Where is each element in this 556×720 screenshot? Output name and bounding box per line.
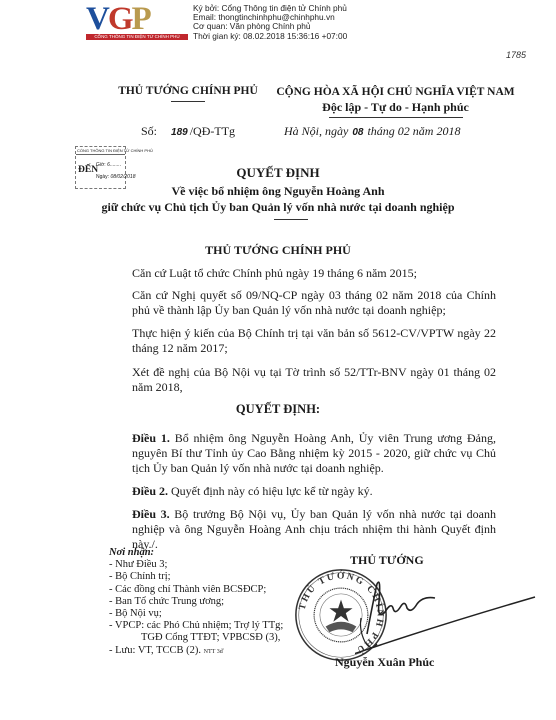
recipient-item: - Các đồng chí Thành viên BCSĐCP;: [109, 584, 283, 596]
national-motto: Độc lập - Tự do - Hạnh phúc: [268, 100, 523, 115]
signing-time: Thời gian ký: 08.02.2018 15:36:16 +07:00: [193, 32, 347, 41]
digital-signature-info: Ký bởi: Cổng Thông tin điện tử Chính phủ…: [193, 4, 347, 41]
recipient-item: - VPCP: các Phó Chủ nhiệm; Trợ lý TTg;: [109, 620, 283, 632]
article-label: Điều 1.: [132, 431, 170, 445]
recipients-list: Nơi nhận: - Như Điều 3; - Bộ Chính trị; …: [109, 547, 283, 658]
divider: [274, 219, 308, 220]
date-place: Hà Nội,: [284, 124, 322, 138]
number-label: Số:: [141, 124, 157, 138]
archive-text: - Lưu: VT, TCCB (2).: [109, 645, 201, 656]
document-subject-line-1: Về việc bổ nhiệm ông Nguyễn Hoàng Anh: [0, 184, 556, 199]
article-text: Quyết định này có hiệu lực kể từ ngày ký…: [168, 484, 373, 498]
recipient-item: - Bộ Chính trị;: [109, 571, 283, 583]
recipient-item-continuation: TGĐ Cổng TTĐT; VPBCSĐ (3),: [109, 632, 283, 644]
recipient-item-archive: - Lưu: VT, TCCB (2). NTT 3ď: [109, 645, 283, 658]
article-label: Điều 2.: [132, 484, 168, 498]
recipient-item: - Như Điều 3;: [109, 559, 283, 571]
recipient-item: - Bộ Nội vụ;: [109, 608, 283, 620]
vgp-logo-letters: VGP: [86, 4, 150, 34]
recipient-item: - Ban Tổ chức Trung ương;: [109, 596, 283, 608]
preamble-text: Thực hiện ý kiến của Bộ Chính trị tại vă…: [106, 326, 496, 356]
vgp-logo: VGP CỔNG THÔNG TIN ĐIỆN TỬ CHÍNH PHỦ: [86, 4, 188, 40]
preamble-text: Căn cứ Nghị quyết số 09/NQ-CP ngày 03 th…: [106, 288, 496, 318]
date-day-label: ngày: [325, 124, 348, 138]
divider: [171, 101, 205, 102]
document-number: Số:189/QĐ-TTg: [141, 124, 235, 139]
decision-heading: QUYẾT ĐỊNH:: [0, 402, 556, 417]
article-text: Bộ trưởng Bộ Nội vụ, Ủy ban Quản lý vốn …: [132, 507, 496, 551]
article-text: Bổ nhiệm ông Nguyễn Hoàng Anh, Ủy viên T…: [132, 431, 496, 475]
date-day: 08: [352, 127, 363, 138]
document-date: Hà Nội, ngày08tháng 02 năm 2018: [284, 124, 460, 139]
vgp-logo-strip: CỔNG THÔNG TIN ĐIỆN TỬ CHÍNH PHỦ: [86, 34, 188, 40]
article-label: Điều 3.: [132, 507, 170, 521]
preamble-4: Xét đề nghị của Bộ Nội vụ tại Tờ trình s…: [106, 365, 496, 395]
number-suffix: /QĐ-TTg: [190, 124, 235, 138]
article-body: Điều 1. Bổ nhiệm ông Nguyễn Hoàng Anh, Ủ…: [106, 431, 496, 476]
issuer-header: THỦ TƯỚNG CHÍNH PHỦ: [118, 85, 258, 102]
recipients-heading: Nơi nhận:: [109, 547, 283, 559]
national-header: CỘNG HÒA XÃ HỘI CHỦ NGHĨA VIỆT NAM Độc l…: [268, 85, 523, 118]
article-body: Điều 3. Bộ trưởng Bộ Nội vụ, Ủy ban Quản…: [106, 507, 496, 552]
document-subject-line-2: giữ chức vụ Chủ tịch Ủy ban Quản lý vốn …: [0, 200, 556, 215]
stamp-header: CỔNG THÔNG TIN ĐIỆN TỬ CHÍNH PHỦ: [76, 147, 125, 155]
article-2: Điều 2. Quyết định này có hiệu lực kể từ…: [106, 484, 496, 499]
preamble-1: Căn cứ Luật tổ chức Chính phủ ngày 19 th…: [106, 266, 496, 281]
article-body: Điều 2. Quyết định này có hiệu lực kể từ…: [106, 484, 496, 499]
article-3: Điều 3. Bộ trưởng Bộ Nội vụ, Ủy ban Quản…: [106, 507, 496, 552]
country-name: CỘNG HÒA XÃ HỘI CHỦ NGHĨA VIỆT NAM: [268, 85, 523, 100]
handwritten-reference: 1785: [506, 50, 526, 60]
divider: [329, 117, 463, 118]
signer-name: Nguyễn Xuân Phúc: [335, 655, 434, 670]
date-rest: tháng 02 năm 2018: [367, 124, 460, 138]
preamble-2: Căn cứ Nghị quyết số 09/NQ-CP ngày 03 th…: [106, 288, 496, 318]
preamble-text: Căn cứ Luật tổ chức Chính phủ ngày 19 th…: [106, 266, 496, 281]
archive-note: NTT 3ď: [204, 649, 224, 655]
article-1: Điều 1. Bổ nhiệm ông Nguyễn Hoàng Anh, Ủ…: [106, 431, 496, 476]
issuer-name: THỦ TƯỚNG CHÍNH PHỦ: [118, 85, 258, 97]
document-type: QUYẾT ĐỊNH: [0, 165, 556, 181]
signature-title: THỦ TƯỚNG: [350, 553, 424, 568]
number-value: 189: [171, 127, 188, 138]
authority-heading: THỦ TƯỚNG CHÍNH PHỦ: [0, 243, 556, 258]
handwritten-signature-icon: [355, 572, 545, 667]
preamble-text: Xét đề nghị của Bộ Nội vụ tại Tờ trình s…: [106, 365, 496, 395]
preamble-3: Thực hiện ý kiến của Bộ Chính trị tại vă…: [106, 326, 496, 356]
